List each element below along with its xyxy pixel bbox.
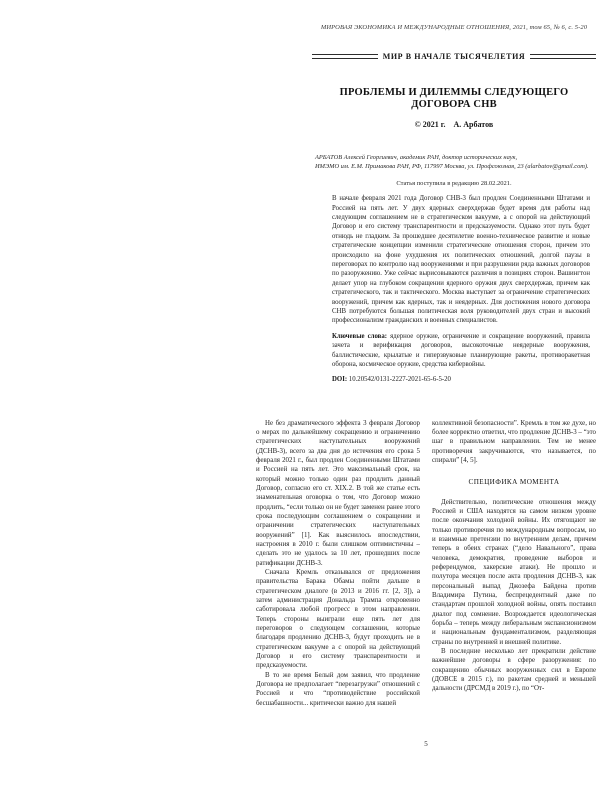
abstract-paragraph: В начале февраля 2021 года Договор СНВ-3… <box>332 194 590 326</box>
section-banner: МИР В НАЧАЛЕ ТЫСЯЧЕЛЕТИЯ <box>312 52 596 61</box>
author-line-2: ИМЭМО им. Е.М. Примакова РАН, РФ, 117997… <box>315 163 596 172</box>
body-paragraph-continuation: коллективной безопасности”. Кремль в том… <box>432 419 596 466</box>
section-heading: СПЕЦИФИКА МОМЕНТА <box>432 478 596 487</box>
right-column: коллективной безопасности”. Кремль в том… <box>432 419 596 709</box>
body-columns: Не без драматического эффекта 3 февраля … <box>256 419 596 709</box>
doi-label: DOI: <box>332 376 347 383</box>
left-column: Не без драматического эффекта 3 февраля … <box>256 419 420 709</box>
author-line-1: АРБАТОВ Алексей Георгиевич, академик РАН… <box>315 154 596 163</box>
scanned-journal-page: МИРОВАЯ ЭКОНОМИКА И МЕЖДУНАРОДНЫЕ ОТНОШЕ… <box>0 0 600 800</box>
body-paragraph: Сначала Кремль отказывался от предложени… <box>256 568 420 671</box>
page-content: МИРОВАЯ ЭКОНОМИКА И МЕЖДУНАРОДНЫЕ ОТНОШЕ… <box>256 24 596 708</box>
body-paragraph: Действительно, политические отношения ме… <box>432 498 596 648</box>
body-paragraph: В последние несколько лет прекратили дей… <box>432 647 596 694</box>
banner-rule-right <box>530 54 596 59</box>
section-banner-title: МИР В НАЧАЛЕ ТЫСЯЧЕЛЕТИЯ <box>383 52 526 61</box>
doi-value: 10.20542/0131-2227-2021-65-6-5-20 <box>347 376 451 383</box>
keywords-paragraph: Ключевые слова: ядерное оружие, ограниче… <box>332 332 590 370</box>
journal-header: МИРОВАЯ ЭКОНОМИКА И МЕЖДУНАРОДНЫЕ ОТНОШЕ… <box>312 24 596 32</box>
received-date-line: Статья поступила в редакцию 28.02.2021. <box>312 180 596 187</box>
doi-line: DOI: 10.20542/0131-2227-2021-65-6-5-20 <box>332 376 596 383</box>
banner-rule-left <box>312 54 378 59</box>
copyright-byline: © 2021 г. А. Арбатов <box>312 120 596 129</box>
body-paragraph: Не без драматического эффекта 3 февраля … <box>256 419 420 569</box>
author-affiliation-block: АРБАТОВ Алексей Георгиевич, академик РАН… <box>315 154 596 171</box>
keywords-label: Ключевые слова: <box>332 333 387 340</box>
article-title: ПРОБЛЕМЫ И ДИЛЕММЫ СЛЕДУЮЩЕГО ДОГОВОРА С… <box>312 87 596 111</box>
body-paragraph: В то же время Белый дом заявил, что прод… <box>256 671 420 708</box>
page-number: 5 <box>256 740 596 748</box>
